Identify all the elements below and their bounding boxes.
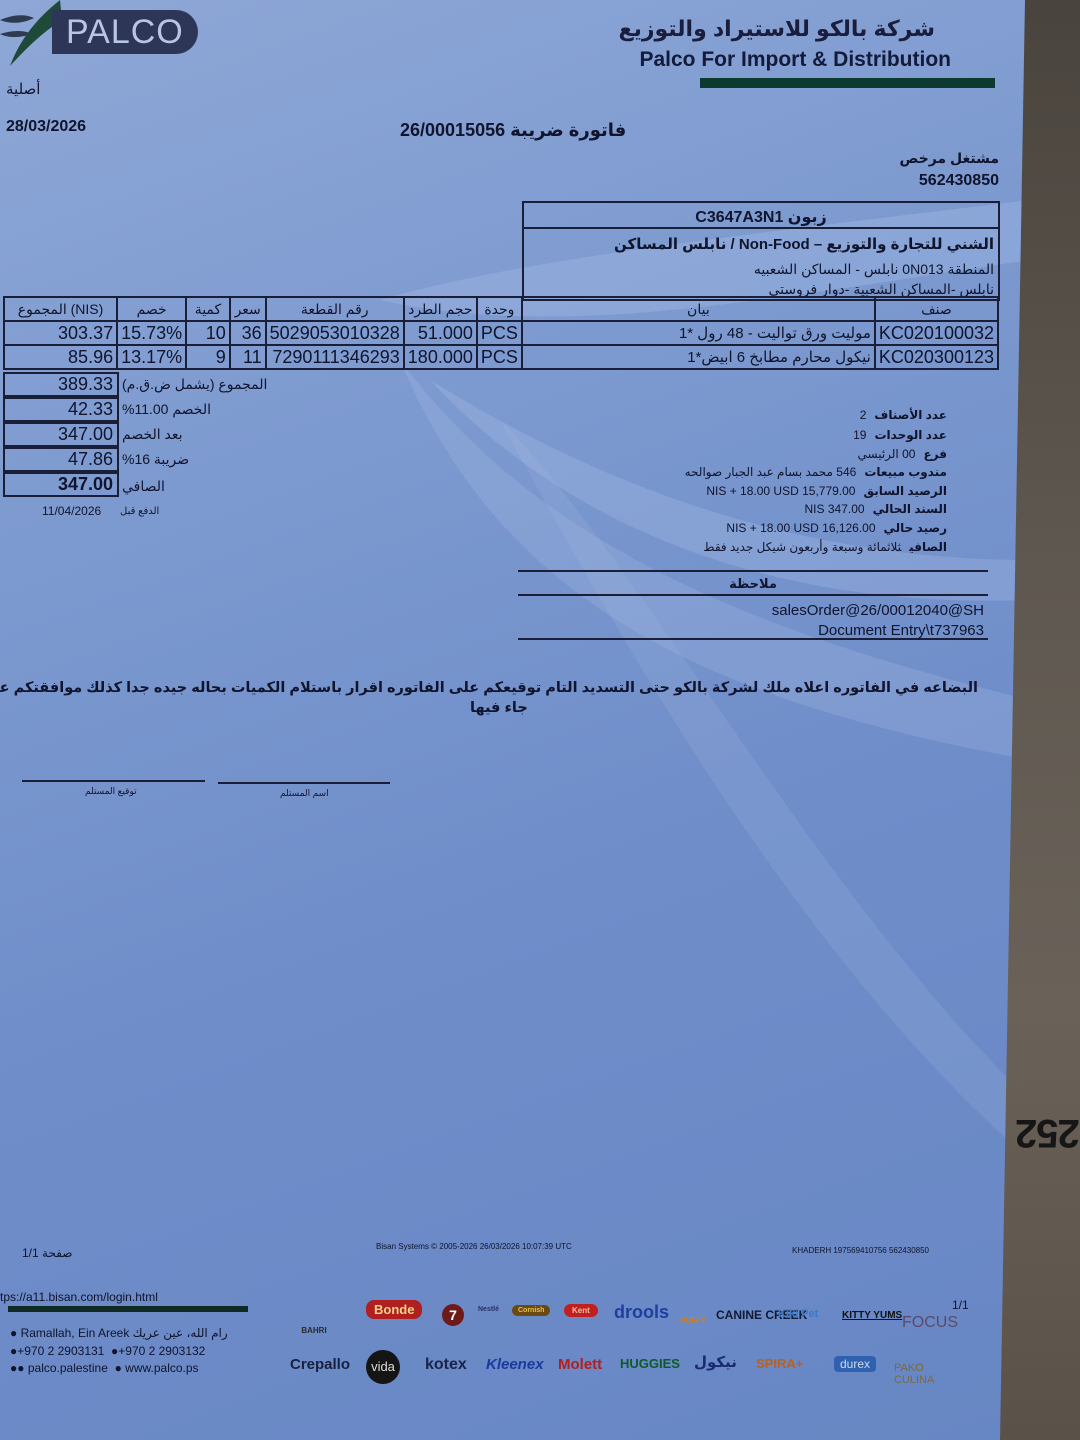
customer-region: المنطقة 0N013 نابلس - المساكن الشعبيه	[754, 261, 994, 278]
notes-line-2: Document Entry\t737963	[818, 622, 984, 639]
row-price: 36	[230, 321, 266, 345]
page-number: صفحة 1/1	[22, 1246, 72, 1260]
system-stamp: Bisan Systems © 2005-2026 26/03/2026 10:…	[376, 1242, 572, 1251]
invoice-paper: PALCO شركة بالكو للاستيراد والتوزيع Palc…	[0, 0, 1035, 1440]
summary-sales-rep: مندوب مبيعات546 محمد بسام عبد الجبار صوا…	[685, 465, 947, 479]
summary-net-words: الصافيثلاثمائة وسبعة وأربعون شيكل جديد ف…	[703, 540, 947, 554]
brand-kitty-yums: KITTY YUMS	[842, 1310, 902, 1321]
row-total: 303.37	[4, 321, 117, 345]
col-description: بيان	[522, 297, 875, 321]
brand-kiki-pet: Kiki Pet	[778, 1308, 818, 1320]
row-description: نيكول محارم مطابخ 6 ابيض*1	[522, 345, 875, 369]
after-discount-label: بعد الخصم	[122, 426, 183, 443]
customer-box: زبون C3647A3N1 الشني للتجارة والتوزيع – …	[522, 201, 1000, 301]
brand-bonde: Bonde	[366, 1300, 422, 1319]
col-pack-size: حجم الطرد	[404, 297, 477, 321]
brand-puffy: PUFFY	[680, 1316, 706, 1325]
location-icon: ●	[10, 1326, 17, 1340]
after-discount-value: 347.00	[3, 422, 119, 447]
pay-before-date: 11/04/2026	[42, 504, 101, 518]
facebook-icon: ●●	[10, 1361, 25, 1375]
footer-divider	[8, 1306, 248, 1312]
page-right: 1/1	[952, 1298, 969, 1312]
row-discount: 15.73%	[117, 321, 186, 345]
vat-value: 47.86	[3, 447, 119, 472]
discount-label: الخصم 11.00%	[122, 401, 211, 418]
name-line	[218, 782, 390, 784]
brand-kotex: kotex	[425, 1356, 467, 1374]
brand-spira: SPIRA+	[756, 1356, 803, 1371]
licensed-number: 562430850	[919, 172, 999, 190]
net-value: 347.00	[3, 472, 119, 497]
subtotal-label: المجموع (يشمل ض.ق.م)	[122, 376, 267, 393]
row-item: KC020300123	[875, 345, 998, 369]
brand-molett: Molett	[558, 1356, 602, 1373]
subtotal-value: 389.33	[3, 372, 119, 397]
row-barcode: 5029053010328	[266, 321, 404, 345]
row-discount: 13.17%	[117, 345, 186, 369]
company-name-ar: شركة بالكو للاستيراد والتوزيع	[619, 16, 935, 42]
footer-address: ● Ramallah, Ein Areek رام الله، عين عريك	[10, 1326, 228, 1340]
col-price: سعر	[230, 297, 266, 321]
col-total: المجموع (NIS)	[4, 297, 117, 321]
disclaimer-line-1: البضاعه في الفاتوره اعلاه ملك لشركة بالك…	[6, 680, 978, 696]
row-pack-size: 180.000	[404, 345, 477, 369]
brand-nicol: نيكول	[694, 1353, 737, 1371]
summary-branch: فرع00 الرئيسي	[857, 447, 947, 461]
summary-previous-balance: الرصيد السابق15,779.00 NIS + 18.00 USD	[706, 484, 947, 498]
receiver-name-label: اسم المستلم	[280, 788, 329, 799]
disclaimer-line-2: جاء فيها	[470, 700, 528, 716]
notes-line-1: salesOrder@26/00012040@SH	[772, 602, 984, 619]
customer-code: زبون C3647A3N1	[524, 207, 998, 227]
col-discount: خصم	[117, 297, 186, 321]
brand-focus: FOCUS	[902, 1314, 958, 1332]
receiver-signature-label: توقيع المستلم	[85, 786, 137, 797]
footer-web: ●● palco.palestine ● www.palco.ps	[10, 1361, 199, 1375]
vat-label: ضريبة 16%	[122, 451, 189, 468]
brand-nestle: Nestlé	[478, 1306, 499, 1313]
brand-crepallo: Crepallo	[290, 1356, 350, 1373]
globe-icon: ●	[115, 1361, 122, 1375]
row-item: KC020100032	[875, 321, 998, 345]
licensed-label: مشتغل مرخص	[900, 150, 999, 167]
items-table: المجموع (NIS) خصم كمية سعر رقم القطعة حج…	[3, 296, 999, 370]
row-price: 11	[230, 345, 266, 369]
summary-current-balance: رصيد حالي16,126.00 NIS + 18.00 USD	[726, 521, 947, 535]
col-qty: كمية	[186, 297, 230, 321]
brand-kent: Kent	[564, 1304, 598, 1317]
footer-url[interactable]: tps://a11.bisan.com/login.html	[0, 1290, 158, 1304]
box-number: 252	[1016, 1110, 1080, 1155]
notes-title: ملاحظة	[518, 576, 988, 592]
brand-durex: durex	[834, 1356, 876, 1372]
footer-phones: ●+970 2 2903131 ●+970 2 2903132	[10, 1344, 205, 1358]
row-qty: 9	[186, 345, 230, 369]
palco-logo: PALCO	[52, 10, 198, 54]
user-stamp: KHADERH 197569410756 562430850	[792, 1246, 929, 1255]
table-row: 303.37 15.73% 10 36 5029053010328 51.000…	[4, 321, 998, 345]
summary-current-voucher: السند الحالي347.00 NIS	[805, 502, 947, 516]
signature-line	[22, 780, 205, 782]
copy-type: أصلية	[6, 80, 40, 98]
col-barcode: رقم القطعة	[266, 297, 404, 321]
brand-bahri: BAHRI	[300, 1296, 328, 1336]
company-name-en: Palco For Import & Distribution	[639, 48, 951, 72]
summary-item-count: عدد الأصناف2	[860, 408, 947, 422]
brand-pako-culina: PAKO CULINA	[894, 1362, 954, 1386]
pay-before-label: الدفع قبل	[120, 506, 159, 517]
discount-value: 42.33	[3, 397, 119, 422]
brand-seven: 7	[442, 1304, 464, 1326]
col-item: صنف	[875, 297, 998, 321]
row-barcode: 7290111346293	[266, 345, 404, 369]
invoice-date: 28/03/2026	[6, 118, 86, 136]
notes-box: ملاحظة salesOrder@26/00012040@SH Documen…	[518, 570, 988, 640]
row-pack-size: 51.000	[404, 321, 477, 345]
brand-drools: drools	[614, 1302, 669, 1323]
col-unit: وحدة	[477, 297, 522, 321]
invoice-title: فاتورة ضريبة 26/00015056	[400, 120, 626, 141]
row-unit: PCS	[477, 321, 522, 345]
net-label: الصافي	[122, 478, 165, 495]
table-row: 85.96 13.17% 9 11 7290111346293 180.000 …	[4, 345, 998, 369]
row-qty: 10	[186, 321, 230, 345]
summary-unit-count: عدد الوحدات19	[853, 428, 947, 442]
brand-kleenex: Kleenex	[486, 1356, 544, 1373]
row-description: موليت ورق تواليت - 48 رول *1	[522, 321, 875, 345]
row-total: 85.96	[4, 345, 117, 369]
header-divider	[700, 78, 995, 88]
row-unit: PCS	[477, 345, 522, 369]
brand-huggies: HUGGIES	[620, 1356, 680, 1371]
brand-vida: vida	[366, 1350, 400, 1384]
brand-cornish: Cornish	[512, 1305, 550, 1316]
customer-name: الشني للتجارة والتوزيع – Non-Food / نابل…	[614, 235, 994, 253]
